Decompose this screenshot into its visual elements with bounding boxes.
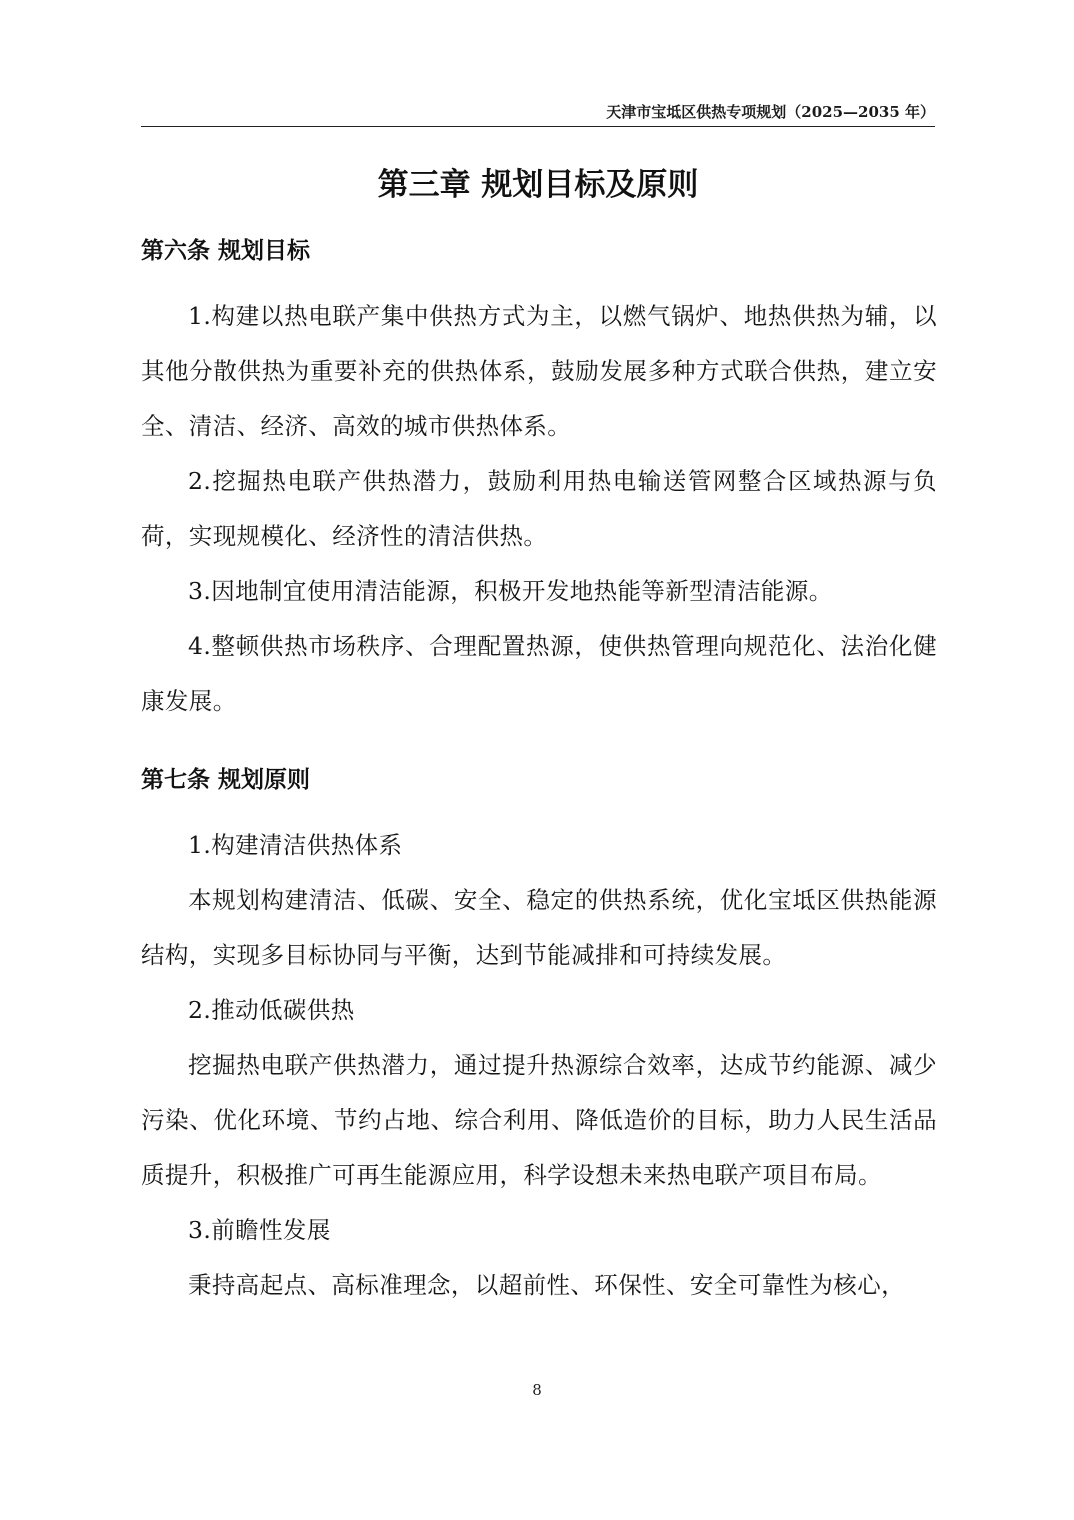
page-content: 第六条 规划目标 1.构建以热电联产集中供热方式为主，以燃气锅炉、地热供热为辅，… xyxy=(141,224,937,1313)
subheading: 1.构建清洁供热体系 xyxy=(141,818,937,873)
document-page: 天津市宝坻区供热专项规划（2025—2035 年） 第三章 规划目标及原则 第六… xyxy=(0,0,1074,1520)
subheading: 2.推动低碳供热 xyxy=(141,983,937,1038)
section-heading: 第七条 规划原则 xyxy=(141,753,937,808)
section-planning-goals: 第六条 规划目标 1.构建以热电联产集中供热方式为主，以燃气锅炉、地热供热为辅，… xyxy=(141,224,937,729)
header-rule xyxy=(141,126,935,127)
running-header: 天津市宝坻区供热专项规划（2025—2035 年） xyxy=(141,102,935,122)
chapter-title: 第三章 规划目标及原则 xyxy=(141,163,935,207)
paragraph: 本规划构建清洁、低碳、安全、稳定的供热系统，优化宝坻区供热能源结构，实现多目标协… xyxy=(141,873,937,983)
section-heading: 第六条 规划目标 xyxy=(141,224,937,279)
paragraph: 4.整顿供热市场秩序、合理配置热源，使供热管理向规范化、法治化健康发展。 xyxy=(141,619,937,729)
paragraph: 1.构建以热电联产集中供热方式为主，以燃气锅炉、地热供热为辅，以其他分散供热为重… xyxy=(141,289,937,454)
paragraph: 3.因地制宜使用清洁能源，积极开发地热能等新型清洁能源。 xyxy=(141,564,937,619)
paragraph: 2.挖掘热电联产供热潜力，鼓励利用热电输送管网整合区域热源与负荷，实现规模化、经… xyxy=(141,454,937,564)
section-planning-principles: 第七条 规划原则 1.构建清洁供热体系 本规划构建清洁、低碳、安全、稳定的供热系… xyxy=(141,753,937,1313)
paragraph: 秉持高起点、高标准理念，以超前性、环保性、安全可靠性为核心， xyxy=(141,1258,937,1313)
paragraph: 挖掘热电联产供热潜力，通过提升热源综合效率，达成节约能源、减少污染、优化环境、节… xyxy=(141,1038,937,1203)
page-number: 8 xyxy=(0,1380,1074,1400)
subheading: 3.前瞻性发展 xyxy=(141,1203,937,1258)
